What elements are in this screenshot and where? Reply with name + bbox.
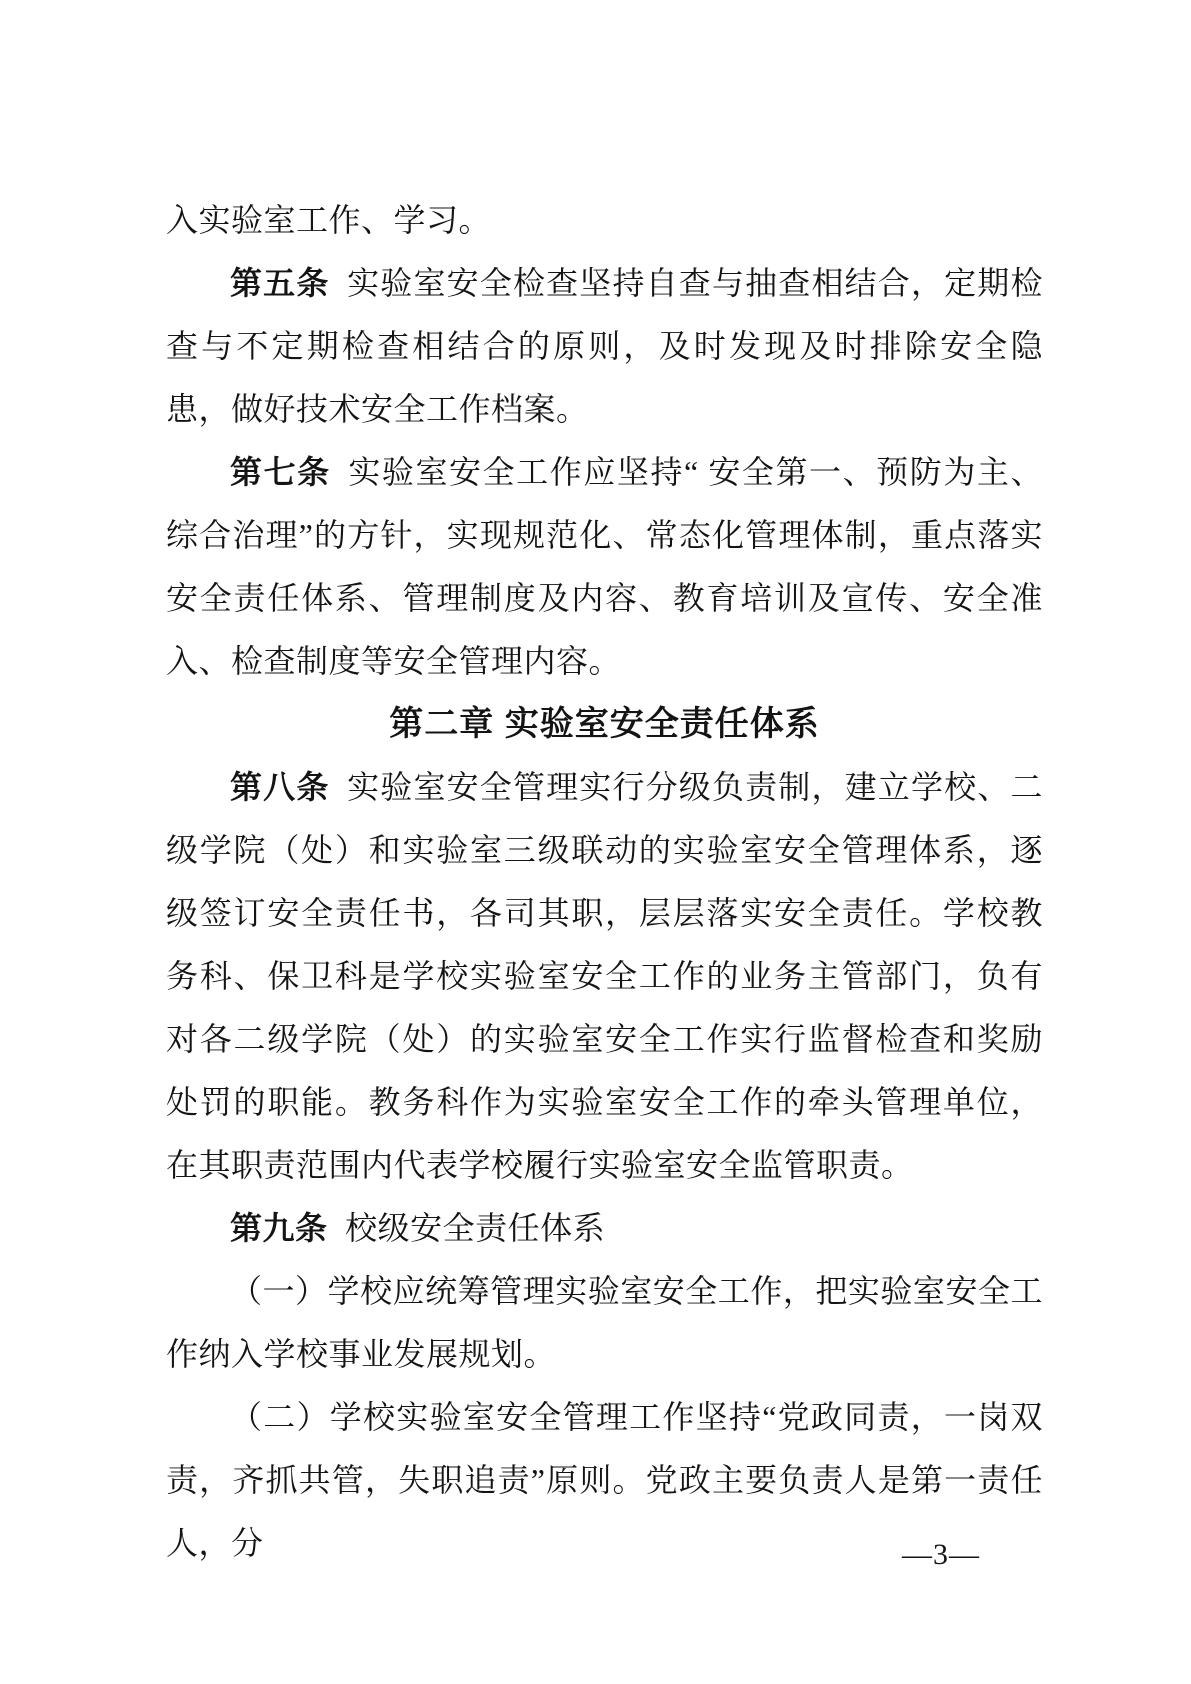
document-page: 入实验室工作、学习。 第五条实验室安全检查坚持自查与抽查相结合，定期检查与不定期…	[0, 0, 1191, 1684]
article-8-label: 第八条	[230, 769, 330, 805]
paragraph-item-1: （一）学校应统筹管理实验室安全工作，把实验室安全工作纳入学校事业发展规划。	[166, 1260, 1043, 1386]
chapter-heading: 第二章 实验室安全责任体系	[166, 693, 1043, 756]
paragraph-article-5: 第五条实验室安全检查坚持自查与抽查相结合，定期检查与不定期检查相结合的原则，及时…	[166, 252, 1043, 441]
paragraph-article-8: 第八条实验室安全管理实行分级负责制，建立学校、二级学院（处）和实验室三级联动的实…	[166, 756, 1043, 1197]
document-body: 入实验室工作、学习。 第五条实验室安全检查坚持自查与抽查相结合，定期检查与不定期…	[166, 189, 1043, 1575]
article-5-label: 第五条	[230, 265, 330, 301]
paragraph-article-7: 第七条实验室安全工作应坚持“ 安全第一、预防为主、综合治理”的方针，实现规范化、…	[166, 441, 1043, 693]
article-9-label: 第九条	[230, 1210, 328, 1246]
paragraph-continuation: 入实验室工作、学习。	[166, 189, 1043, 252]
article-7-label: 第七条	[230, 454, 331, 490]
page-number: —3—	[902, 1538, 980, 1571]
paragraph-article-9: 第九条校级安全责任体系	[166, 1197, 1043, 1260]
article-8-text: 实验室安全管理实行分级负责制，建立学校、二级学院（处）和实验室三级联动的实验室安…	[166, 769, 1043, 1183]
page-footer: —3—	[902, 1538, 980, 1572]
article-9-text: 校级安全责任体系	[345, 1210, 605, 1246]
